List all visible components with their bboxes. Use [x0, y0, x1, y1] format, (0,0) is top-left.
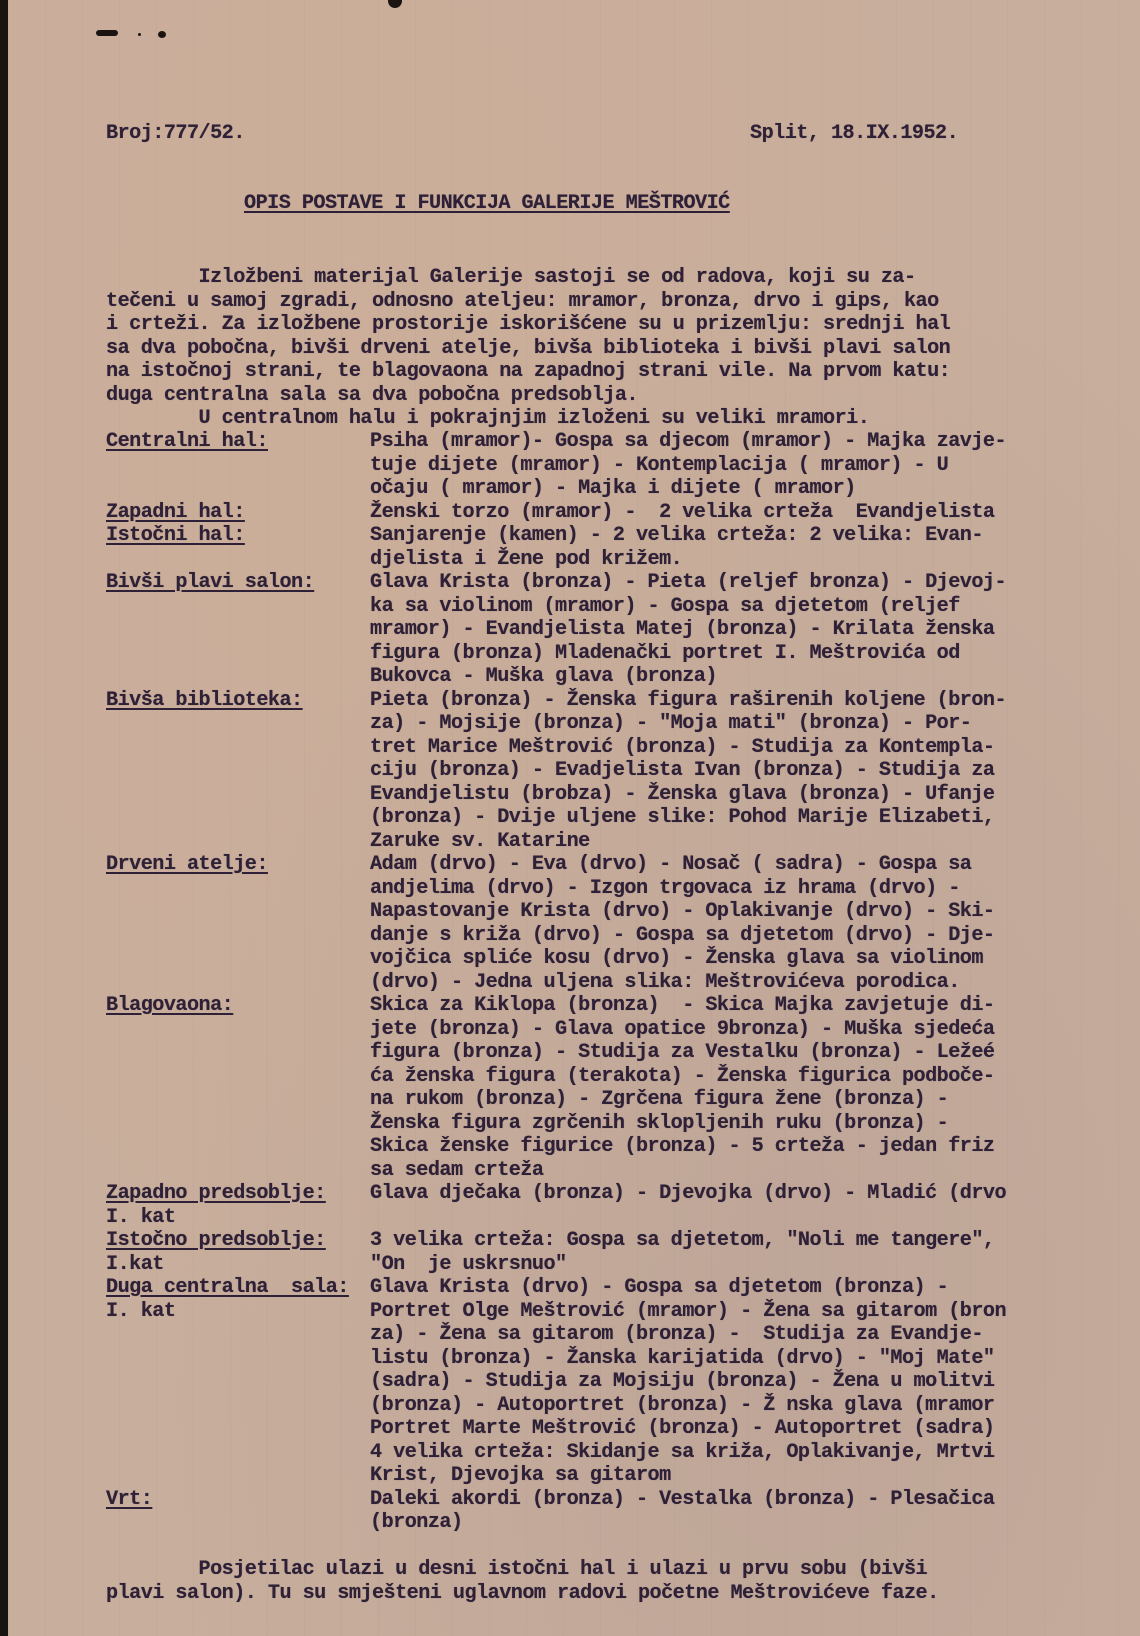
- section-line: Evandjelistu (brobza) - Ženska glava (br…: [370, 783, 994, 807]
- document-reference: Broj:777/52.: [106, 122, 245, 146]
- section-line: Bukovca - Muška glava (bronza): [370, 665, 717, 689]
- section-line: očaju ( mramor) - Majka i dijete ( mramo…: [370, 477, 856, 501]
- section-line: (bronza) - Autoportret (bronza) - Ž nska…: [370, 1394, 994, 1418]
- section-line: Pieta (bronza) - Ženska figura raširenih…: [370, 689, 1006, 713]
- section-line: Glava Krista (bronza) - Pieta (reljef br…: [370, 571, 1006, 595]
- intro-line: U centralnom halu i pokrajnjim izloženi …: [106, 407, 869, 431]
- section-sublabel: I. kat: [106, 1300, 175, 1324]
- section-line: sa sedam crteža: [370, 1159, 543, 1183]
- document-page: Broj:777/52. Split, 18.IX.1952. OPIS POS…: [8, 0, 1140, 1636]
- section-sublabel: I.kat: [106, 1253, 164, 1277]
- section-line: 3 velika crteža: Gospa sa djetetom, "Nol…: [370, 1229, 994, 1253]
- section-line: tret Marice Meštrović (bronza) - Studija…: [370, 736, 994, 760]
- section-line: Portret Olge Meštrović (mramor) - Žena s…: [370, 1300, 1006, 1324]
- section-label: Drveni atelje:: [106, 853, 268, 877]
- section-line: za) - Žena sa gitarom (bronza) - Studija…: [370, 1323, 983, 1347]
- intro-line: sa dva pobočna, bivši drveni atelje, biv…: [106, 337, 950, 361]
- document-title: OPIS POSTAVE I FUNKCIJA GALERIJE MEŠTROV…: [244, 192, 730, 216]
- section-sublabel: I. kat: [106, 1206, 175, 1230]
- section-line: 4 velika crteža: Skidanje sa križa, Opla…: [370, 1441, 994, 1465]
- section-line: ka sa violinom (mramor) - Gospa sa djete…: [370, 595, 960, 619]
- section-label: Bivši plavi salon:: [106, 571, 314, 595]
- section-line: Glava dječaka (bronza) - Djevojka (drvo)…: [370, 1182, 1006, 1206]
- section-line: Adam (drvo) - Eva (drvo) - Nosač ( sadra…: [370, 853, 971, 877]
- section-line: Skica za Kiklopa (bronza) - Skica Majka …: [370, 994, 994, 1018]
- section-label: Duga centralna sala:: [106, 1276, 349, 1300]
- section-label: Centralni hal:: [106, 430, 268, 454]
- section-line: Daleki akordi (bronza) - Vestalka (bronz…: [370, 1488, 994, 1512]
- section-line: figura (bronza) Mladenački portret I. Me…: [370, 642, 960, 666]
- section-line: Ženski torzo (mramor) - 2 velika crteža …: [370, 501, 994, 525]
- section-line: Psiha (mramor)- Gospa sa djecom (mramor)…: [370, 430, 1006, 454]
- intro-line: na istočnoj strani, te blagovaona na zap…: [106, 360, 950, 384]
- closing-line: plavi salon). Tu su smješteni uglavnom r…: [106, 1582, 939, 1606]
- section-line: vojčica spliće kosu (drvo) - Ženska glav…: [370, 947, 983, 971]
- section-line: mramor) - Evandjelista Matej (bronza) - …: [370, 618, 994, 642]
- section-line: Ženska figura zgrčenih sklopljenih ruku …: [370, 1112, 948, 1136]
- intro-line: i crteži. Za izložbene prostorije iskori…: [106, 313, 950, 337]
- section-line: Zaruke sv. Katarine: [370, 830, 590, 854]
- section-line: (bronza) - Dvije uljene slike: Pohod Mar…: [370, 806, 994, 830]
- section-line: (bronza): [370, 1511, 463, 1535]
- section-line: Portret Marte Meštrović (bronza) - Autop…: [370, 1417, 994, 1441]
- section-label: Zapadno predsoblje:: [106, 1182, 326, 1206]
- section-line: ciju (bronza) - Evadjelista Ivan (bronza…: [370, 759, 994, 783]
- section-line: na rukom (bronza) - Zgrčena figura žene …: [370, 1088, 948, 1112]
- place-and-date: Split, 18.IX.1952.: [750, 122, 958, 146]
- section-label: Vrt:: [106, 1488, 152, 1512]
- section-line: (sadra) - Studija za Mojsiju (bronza) - …: [370, 1370, 994, 1394]
- ink-speck: [138, 33, 141, 36]
- ink-speck: [96, 30, 118, 36]
- intro-line: duga centralna sala sa dva pobočna preds…: [106, 384, 638, 408]
- section-line: ća ženska figura (terakota) - Ženska fig…: [370, 1065, 994, 1089]
- section-line: Napastovanje Krista (drvo) - Oplakivanje…: [370, 900, 994, 924]
- section-line: andjelima (drvo) - Izgon trgovaca iz hra…: [370, 877, 960, 901]
- section-line: Glava Krista (drvo) - Gospa sa djetetom …: [370, 1276, 948, 1300]
- section-label: Blagovaona:: [106, 994, 233, 1018]
- section-line: figura (bronza) - Studija za Vestalku (b…: [370, 1041, 994, 1065]
- section-line: Krist, Djevojka sa gitarom: [370, 1464, 671, 1488]
- section-line: za) - Mojsije (bronza) - "Moja mati" (br…: [370, 712, 971, 736]
- paper-tear-mark: [388, 0, 402, 8]
- section-line: Sanjarenje (kamen) - 2 velika crteža: 2 …: [370, 524, 983, 548]
- section-line: "On je uskrsnuo": [370, 1253, 567, 1277]
- section-label: Istočno predsoblje:: [106, 1229, 326, 1253]
- section-line: listu (bronza) - Žanska karijatida (drvo…: [370, 1347, 994, 1371]
- section-line: jete (bronza) - Glava opatice 9bronza) -…: [370, 1018, 994, 1042]
- section-label: Istočni hal:: [106, 524, 245, 548]
- section-line: danje s križa (drvo) - Gospa sa djetetom…: [370, 924, 994, 948]
- section-line: Skica ženske figurice (bronza) - 5 crtež…: [370, 1135, 994, 1159]
- section-line: djelista i Žene pod križem.: [370, 548, 682, 572]
- intro-line: tečeni u samoj zgradi, odnosno ateljeu: …: [106, 290, 939, 314]
- closing-line: Posjetilac ulazi u desni istočni hal i u…: [106, 1558, 927, 1582]
- section-line: (drvo) - Jedna uljena slika: Meštrovićev…: [370, 971, 960, 995]
- section-label: Zapadni hal:: [106, 501, 245, 525]
- section-label: Bivša biblioteka:: [106, 689, 303, 713]
- intro-line: Izložbeni materijal Galerije sastoji se …: [106, 266, 916, 290]
- section-line: tuje dijete (mramor) - Kontemplacija ( m…: [370, 454, 948, 478]
- ink-speck: [158, 31, 166, 38]
